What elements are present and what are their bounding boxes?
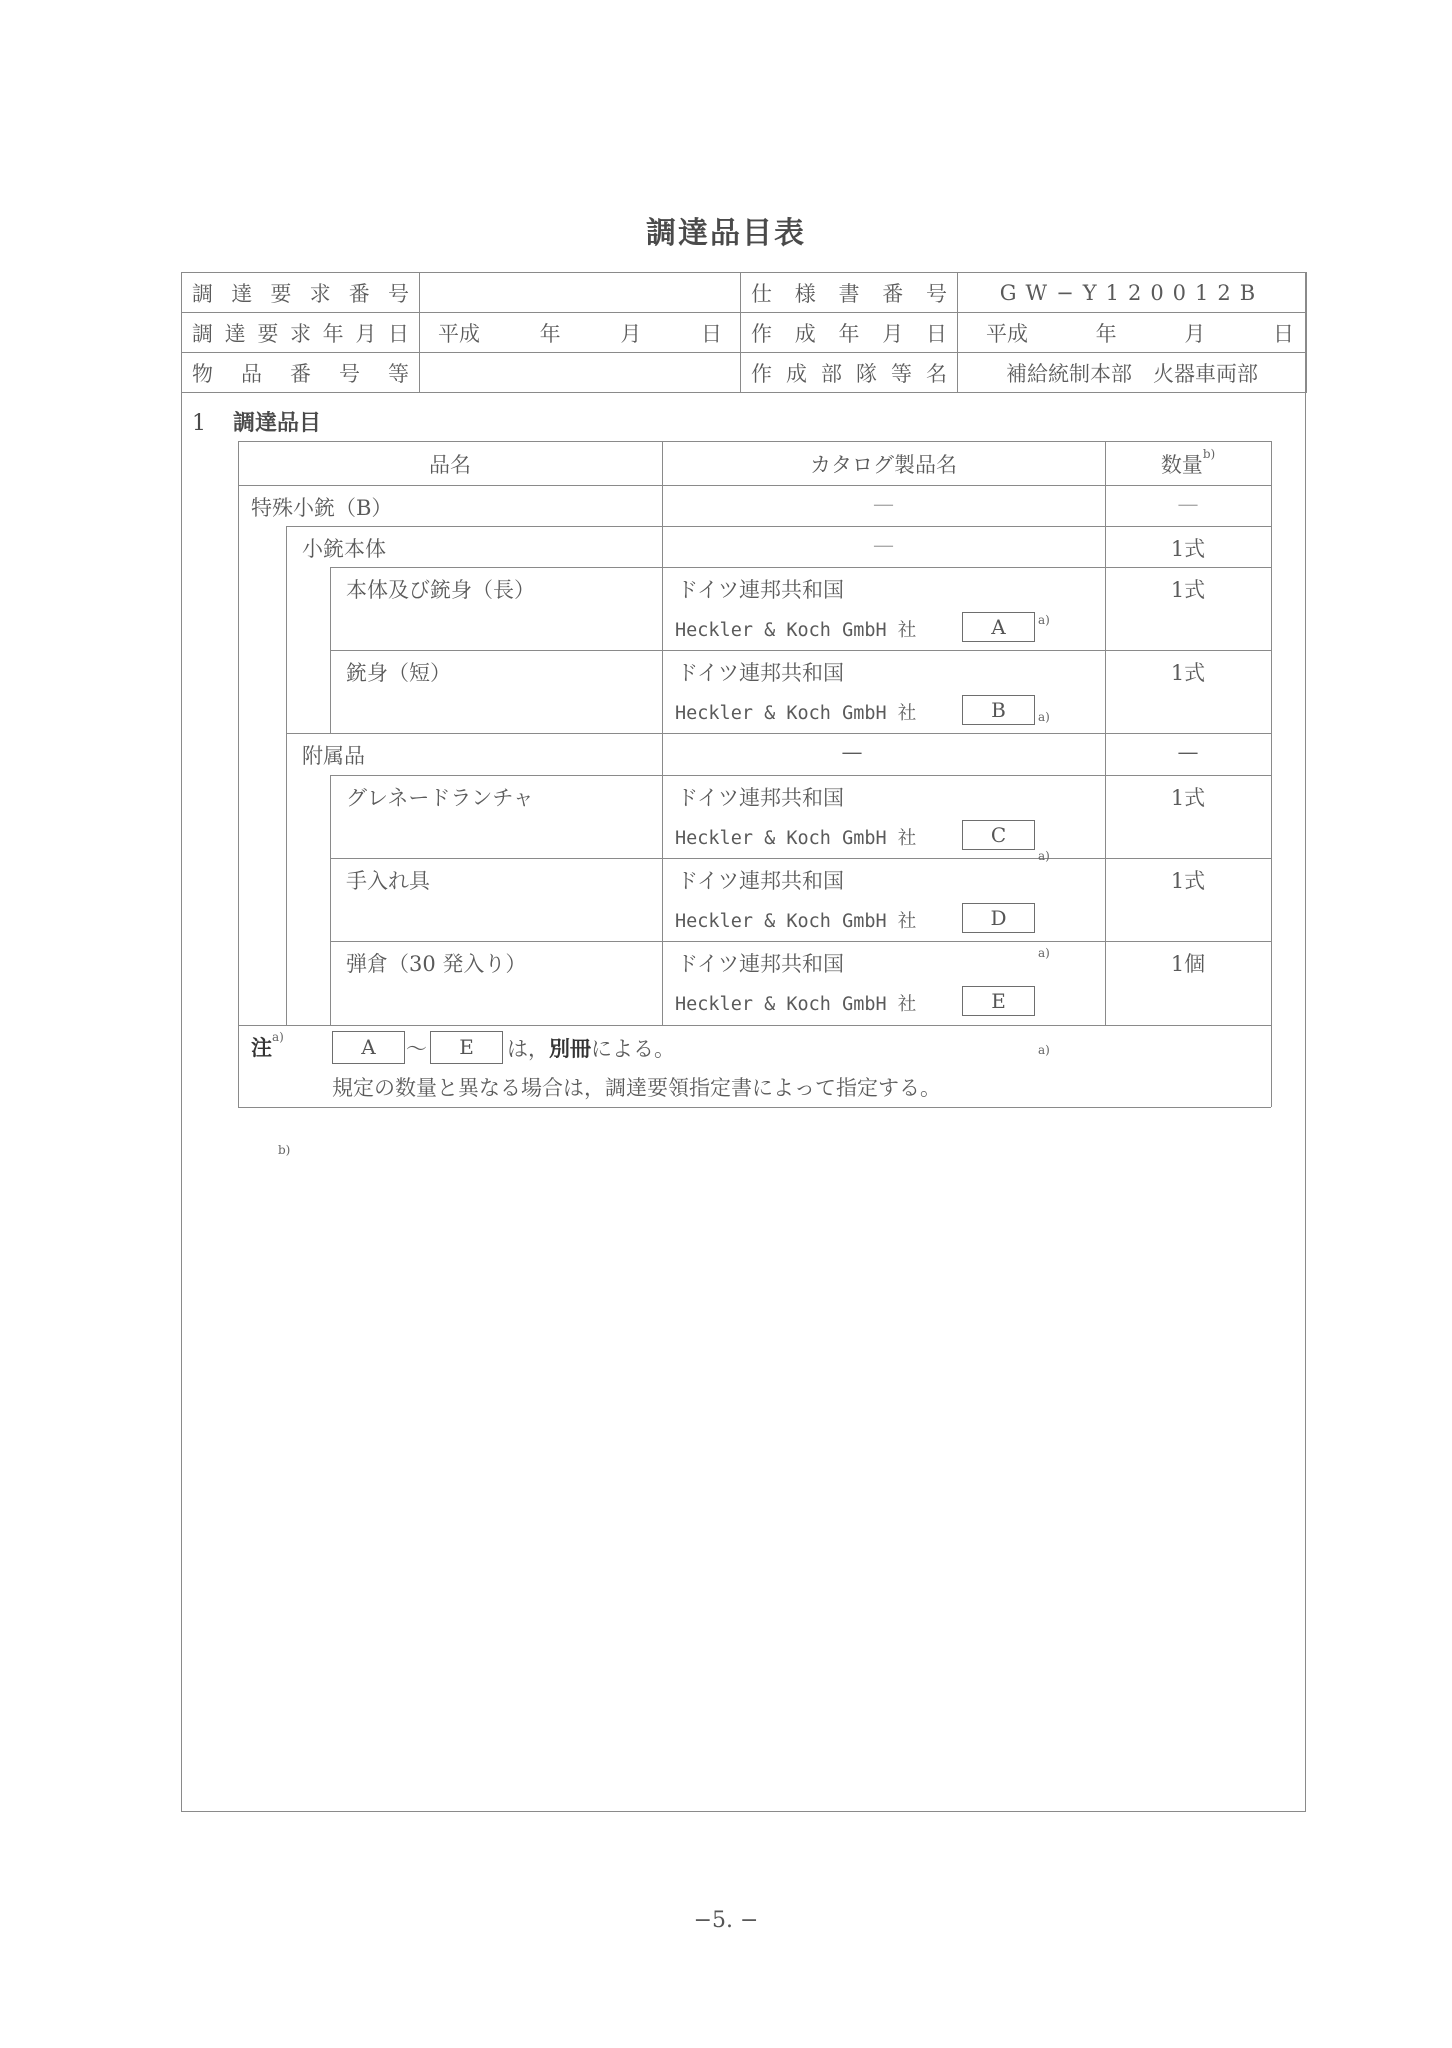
row-line bbox=[330, 775, 1271, 776]
page-number: −5. − bbox=[0, 1908, 1452, 1933]
row-catalog: — bbox=[662, 740, 1042, 764]
row-line bbox=[330, 650, 1271, 651]
indent-line-level1 bbox=[286, 526, 287, 1025]
row-quantity: 1式 bbox=[1105, 574, 1271, 604]
header-quantity-note: b) bbox=[1203, 447, 1215, 461]
row-quantity: 1式 bbox=[1105, 657, 1271, 687]
header-catalog: カタログ製品名 bbox=[662, 449, 1105, 479]
row-quantity: 1式 bbox=[1105, 782, 1271, 812]
row-line bbox=[330, 941, 1271, 942]
ref-box: D bbox=[962, 903, 1035, 933]
table-border-top bbox=[238, 441, 1271, 442]
row-name: 銃身（短） bbox=[346, 657, 451, 687]
note-a-text-pre: は， bbox=[507, 1037, 549, 1061]
row-line bbox=[286, 733, 1271, 734]
ref-box: C bbox=[962, 820, 1035, 850]
note-box-from: A bbox=[332, 1031, 405, 1064]
ref-box: E bbox=[962, 986, 1035, 1016]
row-catalog: — bbox=[662, 533, 1105, 557]
header-quantity-label: 数量 bbox=[1161, 453, 1203, 477]
note-a-text: は，別冊による。 bbox=[507, 1033, 675, 1063]
row-quantity: — bbox=[1105, 492, 1271, 516]
row-catalog-maker: Heckler & Koch GmbH 社 bbox=[675, 824, 916, 850]
row-quantity: 1式 bbox=[1105, 865, 1271, 895]
row-catalog: — bbox=[662, 492, 1105, 516]
row-catalog-maker: Heckler & Koch GmbH 社 bbox=[675, 699, 916, 725]
row-name: 弾倉（30 発入り） bbox=[346, 948, 526, 978]
table-border-right bbox=[1271, 441, 1272, 1107]
ref-note: a) bbox=[1038, 1043, 1452, 1057]
header-name: 品名 bbox=[238, 449, 662, 479]
row-catalog-maker: Heckler & Koch GmbH 社 bbox=[675, 990, 916, 1016]
row-name: 小銃本体 bbox=[302, 533, 386, 563]
row-catalog-country: ドイツ連邦共和国 bbox=[677, 782, 844, 812]
ref-box: B bbox=[962, 695, 1035, 725]
row-catalog-maker: Heckler & Koch GmbH 社 bbox=[675, 616, 916, 642]
row-catalog-country: ドイツ連邦共和国 bbox=[677, 948, 844, 978]
row-catalog-maker: Heckler & Koch GmbH 社 bbox=[675, 907, 916, 933]
header-bottom-line bbox=[238, 485, 1271, 486]
row-catalog-country: ドイツ連邦共和国 bbox=[677, 865, 844, 895]
table-border-left bbox=[238, 441, 239, 1107]
ref-note: a) bbox=[1038, 613, 1452, 627]
table-border-bottom bbox=[238, 1107, 1271, 1108]
note-a-text-post: による。 bbox=[591, 1037, 675, 1061]
note-a-text-bold: 別冊 bbox=[549, 1037, 591, 1061]
indent-line-level2 bbox=[330, 567, 331, 733]
row-line bbox=[330, 567, 1271, 568]
row-quantity: 1個 bbox=[1105, 948, 1271, 978]
notes-top-line bbox=[238, 1025, 1271, 1026]
row-name: 本体及び銃身（長） bbox=[346, 574, 535, 604]
row-line bbox=[286, 526, 1271, 527]
ref-box: A bbox=[962, 612, 1035, 642]
row-name: グレネードランチャ bbox=[346, 782, 534, 812]
items-table: 品名 カタログ製品名 数量b) 特殊小銃（B） — — 小銃本体 — 1式 本体… bbox=[0, 0, 1452, 1200]
row-name: 手入れ具 bbox=[346, 865, 430, 895]
note-b-text: 規定の数量と異なる場合は，調達要領指定書によって指定する。 bbox=[332, 1072, 941, 1102]
header-quantity: 数量b) bbox=[1105, 449, 1271, 479]
note-a-marker: a) bbox=[272, 1030, 284, 1044]
row-name: 特殊小銃（B） bbox=[251, 492, 392, 522]
row-quantity: 1式 bbox=[1105, 533, 1271, 563]
row-name: 附属品 bbox=[302, 740, 365, 770]
row-catalog-country: ドイツ連邦共和国 bbox=[677, 657, 844, 687]
note-a-label: 注a) bbox=[251, 1032, 284, 1062]
note-box-to: E bbox=[430, 1031, 503, 1064]
row-quantity: — bbox=[1105, 740, 1271, 764]
note-b-marker: b) bbox=[278, 1143, 1452, 1157]
note-label: 注 bbox=[251, 1036, 272, 1060]
note-tilde: 〜 bbox=[406, 1033, 427, 1063]
ref-note: a) bbox=[1038, 849, 1452, 863]
ref-note: a) bbox=[1038, 710, 1452, 724]
row-catalog-country: ドイツ連邦共和国 bbox=[677, 574, 844, 604]
indent-line-level2 bbox=[330, 775, 331, 1025]
